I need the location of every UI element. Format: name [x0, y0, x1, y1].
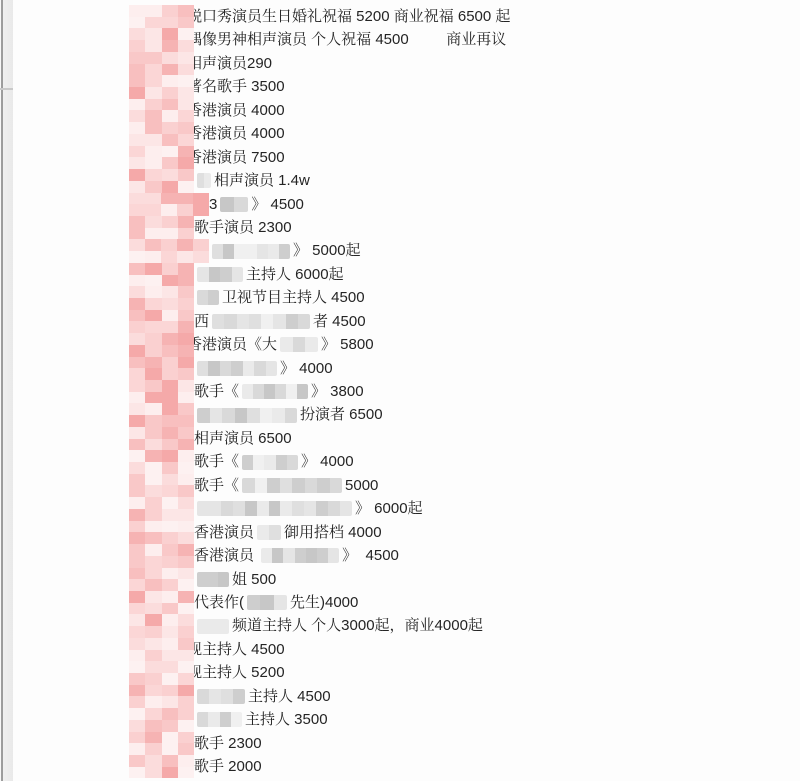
mosaic-cell [178, 415, 194, 427]
mosaic-cell [162, 298, 178, 310]
mosaic-cell [145, 403, 161, 415]
list-row: 歌手《5000 [129, 474, 800, 497]
mosaic-cell [178, 157, 194, 169]
row-text: 歌手 2300 [194, 732, 262, 755]
redacted-inline-mosaic [242, 384, 308, 399]
mosaic-cell [129, 193, 145, 205]
mosaic-cell [145, 87, 161, 99]
mosaic-cell [129, 368, 145, 380]
row-text: 姐 500 [232, 568, 276, 591]
mosaic-cell [129, 673, 145, 685]
mosaic-cell [269, 525, 281, 540]
row-text: 者 4500 [313, 310, 366, 333]
mosaic-cell [162, 439, 178, 451]
mosaic-cell [328, 548, 339, 563]
mosaic-cell [292, 501, 304, 516]
mosaic-cell [280, 337, 293, 352]
mosaic-cell [129, 696, 145, 708]
mosaic-cell [178, 403, 194, 415]
mosaic-cell [178, 497, 194, 509]
mosaic-cell [178, 181, 194, 193]
mosaic-cell [129, 181, 145, 193]
redacted-inline-mosaic [242, 478, 342, 493]
mosaic-cell [145, 427, 161, 439]
mosaic-cell [162, 310, 178, 322]
mosaic-cell [145, 626, 161, 638]
mosaic-cell [129, 685, 145, 697]
mosaic-cell [257, 501, 269, 516]
mosaic-cell [145, 17, 161, 29]
mosaic-cell [295, 548, 306, 563]
mosaic-cell [212, 314, 224, 329]
mosaic-cell [162, 17, 178, 29]
mosaic-cell [145, 743, 161, 755]
mosaic-cell [162, 720, 178, 732]
mosaic-cell [178, 169, 194, 181]
mosaic-cell [129, 403, 145, 415]
row-text: 5000 [345, 474, 378, 497]
mosaic-cell [208, 619, 219, 634]
mosaic-cell [162, 392, 178, 404]
mosaic-cell [162, 579, 178, 591]
redacted-name-mosaic [129, 614, 194, 637]
redacted-name-mosaic [129, 193, 209, 216]
mosaic-cell [129, 427, 145, 439]
mosaic-cell [237, 314, 249, 329]
mosaic-cell [145, 204, 161, 216]
mosaic-cell [145, 5, 161, 17]
list-row: 视主持人 5200 [129, 661, 800, 684]
mosaic-cell [209, 267, 221, 282]
redacted-inline-mosaic [197, 361, 277, 376]
mosaic-cell [162, 403, 178, 415]
redacted-name-mosaic [129, 28, 194, 51]
mosaic-cell [162, 28, 178, 40]
mosaic-cell [178, 532, 194, 544]
mosaic-cell [317, 478, 330, 493]
mosaic-cell [145, 614, 161, 626]
list-row: 》 4000 [129, 357, 800, 380]
mosaic-cell [145, 286, 161, 298]
mosaic-cell [145, 650, 161, 662]
mosaic-cell [161, 251, 177, 263]
mosaic-cell [129, 579, 145, 591]
mosaic-cell [178, 732, 194, 744]
mosaic-cell [129, 521, 145, 533]
mosaic-cell [224, 314, 236, 329]
mosaic-cell [162, 462, 178, 474]
mosaic-cell [162, 485, 178, 497]
mosaic-cell [162, 509, 178, 521]
mosaic-cell [129, 64, 145, 76]
row-text: 香港演员 4000 [187, 122, 285, 145]
mosaic-cell [178, 650, 194, 662]
mosaic-cell [280, 478, 293, 493]
mosaic-cell [276, 455, 287, 470]
mosaic-cell [178, 708, 194, 720]
mosaic-cell [162, 286, 178, 298]
mosaic-cell [129, 732, 145, 744]
row-text: 》 4000 [301, 450, 354, 473]
mosaic-cell [253, 455, 264, 470]
mosaic-cell [162, 568, 178, 580]
mosaic-cell [178, 286, 194, 298]
list-row: 著名歌手 3500 [129, 75, 800, 98]
mosaic-cell [145, 474, 161, 486]
redacted-name-mosaic [129, 544, 194, 567]
mosaic-cell [245, 244, 256, 259]
mosaic-cell [162, 743, 178, 755]
row-text: 歌手演员 2300 [194, 216, 292, 239]
mosaic-cell [162, 614, 178, 626]
row-text: 脱口秀演员生日婚礼祝福 5200 商业祝福 6500 起 [187, 5, 510, 28]
mosaic-cell [129, 28, 145, 40]
list-row: 歌手演员 2300 [129, 216, 800, 239]
mosaic-cell [145, 110, 161, 122]
mosaic-cell [162, 275, 178, 287]
mosaic-cell [162, 450, 178, 462]
row-text: 主持人 6000起 [246, 263, 344, 286]
redacted-name-mosaic [129, 239, 209, 262]
mosaic-cell [145, 310, 161, 322]
mosaic-cell [220, 197, 234, 212]
mosaic-cell [129, 603, 145, 615]
mosaic-cell [178, 75, 194, 87]
redacted-inline-mosaic [197, 290, 219, 305]
mosaic-cell [129, 415, 145, 427]
list-row: 歌手 2000 [129, 755, 800, 778]
mosaic-cell [145, 99, 161, 111]
mosaic-cell [162, 427, 178, 439]
mosaic-cell [178, 755, 194, 767]
mosaic-cell [286, 314, 298, 329]
redacted-inline-mosaic [197, 408, 297, 423]
redacted-name-mosaic [129, 474, 194, 497]
mosaic-cell [178, 380, 194, 392]
list-row: 歌手《》 4000 [129, 450, 800, 473]
mosaic-cell [285, 408, 298, 423]
mosaic-cell [242, 478, 255, 493]
row-text: 香港演员 [194, 544, 258, 567]
redacted-name-mosaic [129, 708, 194, 731]
mosaic-cell [306, 548, 317, 563]
mosaic-cell [145, 661, 161, 673]
mosaic-cell [162, 5, 178, 17]
mosaic-cell [129, 239, 145, 251]
list-row: 相声演员 6500 [129, 427, 800, 450]
mosaic-cell [197, 572, 208, 587]
mosaic-cell [162, 64, 178, 76]
mosaic-cell [129, 638, 145, 650]
redacted-name-mosaic [129, 661, 194, 684]
mosaic-cell [178, 333, 194, 345]
row-text: 著名歌手 3500 [187, 75, 285, 98]
mosaic-cell [162, 216, 178, 228]
list-row: 主持人 6000起 [129, 263, 800, 286]
list-row: 香港演员御用搭档 4000 [129, 521, 800, 544]
mosaic-cell [178, 521, 194, 533]
mosaic-cell [257, 525, 269, 540]
mosaic-cell [129, 134, 145, 146]
mosaic-cell [162, 368, 178, 380]
mosaic-cell [145, 134, 161, 146]
mosaic-cell [305, 478, 318, 493]
mosaic-cell [145, 439, 161, 451]
row-text: 卫视节目主持人 4500 [222, 286, 365, 309]
mosaic-cell [178, 696, 194, 708]
row-text: 》 3800 [311, 380, 364, 403]
mosaic-cell [249, 314, 261, 329]
list-row: 香港演员《大》 5800 [129, 333, 800, 356]
mosaic-cell [193, 193, 209, 205]
mosaic-cell [178, 310, 194, 322]
mosaic-cell [129, 380, 145, 392]
mosaic-cell [178, 321, 194, 333]
mosaic-cell [220, 361, 231, 376]
mosaic-cell [129, 532, 145, 544]
mosaic-cell [129, 157, 145, 169]
mosaic-cell [129, 321, 145, 333]
mosaic-cell [260, 595, 273, 610]
mosaic-cell [178, 767, 194, 779]
mosaic-cell [235, 408, 248, 423]
mosaic-cell [177, 204, 193, 216]
list-row: 西者 4500 [129, 310, 800, 333]
mosaic-cell [145, 485, 161, 497]
mosaic-cell [145, 275, 161, 287]
mosaic-cell [209, 689, 221, 704]
mosaic-cell [232, 267, 244, 282]
mosaic-cell [129, 122, 145, 134]
row-text: 相声演员290 [187, 52, 272, 75]
mosaic-cell [178, 614, 194, 626]
mosaic-cell [255, 478, 268, 493]
mosaic-cell [129, 298, 145, 310]
mosaic-cell [129, 99, 145, 111]
mosaic-cell [129, 450, 145, 462]
mosaic-cell [162, 169, 178, 181]
mosaic-cell [145, 193, 161, 205]
redacted-name-mosaic [129, 75, 194, 98]
mosaic-cell [145, 603, 161, 615]
window-left-edge [0, 0, 13, 781]
redacted-name-mosaic [129, 52, 194, 75]
mosaic-cell [129, 204, 145, 216]
mosaic-cell [145, 333, 161, 345]
redacted-inline-mosaic [197, 572, 229, 587]
mosaic-cell [161, 193, 177, 205]
mosaic-cell [129, 439, 145, 451]
mosaic-cell [178, 556, 194, 568]
mosaic-cell [129, 345, 145, 357]
mosaic-cell [178, 579, 194, 591]
mosaic-cell [145, 28, 161, 40]
mosaic-cell [145, 146, 161, 158]
row-text: 》 4500 [342, 544, 399, 567]
mosaic-cell [208, 572, 219, 587]
window-edge-seam [0, 88, 13, 90]
mosaic-cell [145, 544, 161, 556]
redacted-name-mosaic [129, 216, 194, 239]
mosaic-cell [178, 720, 194, 732]
mosaic-cell [178, 485, 194, 497]
redacted-name-mosaic [129, 755, 194, 778]
mosaic-cell [292, 478, 305, 493]
mosaic-cell [145, 263, 161, 275]
mosaic-cell [293, 337, 306, 352]
mosaic-cell [129, 556, 145, 568]
mosaic-cell [162, 755, 178, 767]
redacted-name-mosaic [129, 638, 194, 661]
row-text: 西 [194, 310, 209, 333]
mosaic-cell [145, 216, 161, 228]
mosaic-cell [267, 478, 280, 493]
mosaic-cell [231, 712, 242, 727]
mosaic-cell [145, 181, 161, 193]
mosaic-cell [162, 40, 178, 52]
mosaic-cell [221, 501, 233, 516]
mosaic-cell [129, 614, 145, 626]
list-row: 相声演员290 [129, 52, 800, 75]
list-row: 》 5000起 [129, 239, 800, 262]
mosaic-cell [178, 509, 194, 521]
mosaic-cell [178, 345, 194, 357]
mosaic-cell [129, 17, 145, 29]
mosaic-cell [129, 263, 145, 275]
mosaic-cell [129, 310, 145, 322]
mosaic-cell [178, 216, 194, 228]
row-text: 偶像男神相声演员 个人祝福 4500 商业再议 [187, 28, 506, 51]
redacted-name-mosaic [129, 357, 194, 380]
mosaic-cell [222, 408, 235, 423]
mosaic-cell [162, 87, 178, 99]
mosaic-cell [129, 626, 145, 638]
redacted-name-mosaic [129, 146, 194, 169]
mosaic-cell [233, 501, 245, 516]
mosaic-cell [162, 263, 178, 275]
mosaic-cell [178, 673, 194, 685]
mosaic-cell [223, 244, 234, 259]
mosaic-cell [129, 275, 145, 287]
mosaic-cell [129, 392, 145, 404]
mosaic-cell [197, 361, 208, 376]
mosaic-cell [253, 384, 264, 399]
redacted-name-mosaic [129, 427, 194, 450]
mosaic-cell [283, 548, 294, 563]
row-text: 频道主持人 个人3000起，商业4000起 [232, 614, 483, 637]
mosaic-cell [280, 501, 292, 516]
mosaic-cell [129, 755, 145, 767]
redacted-name-mosaic [129, 286, 194, 309]
mosaic-cell [129, 87, 145, 99]
mosaic-cell [178, 427, 194, 439]
row-text: 歌手《 [194, 380, 239, 403]
row-text: 》 4000 [280, 357, 333, 380]
row-text: 先生)4000 [290, 591, 358, 614]
mosaic-cell [197, 689, 209, 704]
row-text: 主持人 4500 [248, 685, 331, 708]
mosaic-cell [178, 122, 194, 134]
mosaic-cell [162, 650, 178, 662]
redacted-name-mosaic [129, 310, 194, 333]
list-row: 》 6000起 [129, 497, 800, 520]
row-text: 视主持人 4500 [187, 638, 285, 661]
mosaic-cell [145, 75, 161, 87]
redacted-inline-mosaic [197, 619, 229, 634]
row-text: 歌手《 [194, 474, 239, 497]
redacted-name-mosaic [129, 521, 194, 544]
mosaic-cell [129, 568, 145, 580]
redacted-name-mosaic [129, 5, 194, 28]
mosaic-cell [145, 122, 161, 134]
row-text: 歌手 2000 [194, 755, 262, 778]
mosaic-cell [178, 474, 194, 486]
mosaic-cell [178, 17, 194, 29]
list-row: 卫视节目主持人 4500 [129, 286, 800, 309]
mosaic-cell [145, 392, 161, 404]
mosaic-cell [162, 99, 178, 111]
redacted-inline-mosaic [197, 267, 243, 282]
mosaic-cell [178, 450, 194, 462]
mosaic-cell [129, 485, 145, 497]
mosaic-cell [243, 361, 254, 376]
mosaic-cell [162, 767, 178, 779]
mosaic-cell [129, 650, 145, 662]
mosaic-cell [145, 720, 161, 732]
mosaic-cell [145, 591, 161, 603]
mosaic-cell [209, 501, 221, 516]
mosaic-cell [197, 501, 209, 516]
mosaic-cell [145, 755, 161, 767]
redacted-inline-mosaic [242, 455, 298, 470]
mosaic-cell [316, 501, 328, 516]
mosaic-cell [145, 509, 161, 521]
mosaic-cell [242, 455, 253, 470]
mosaic-cell [317, 548, 328, 563]
mosaic-cell [178, 110, 194, 122]
row-text: 3 [209, 193, 217, 216]
list-row: 偶像男神相声演员 个人祝福 4500 商业再议 [129, 28, 800, 51]
mosaic-cell [162, 532, 178, 544]
mosaic-cell [178, 638, 194, 650]
mosaic-cell [145, 251, 161, 263]
mosaic-cell [145, 708, 161, 720]
mosaic-cell [129, 743, 145, 755]
mosaic-cell [129, 708, 145, 720]
mosaic-cell [145, 696, 161, 708]
mosaic-cell [261, 314, 273, 329]
mosaic-cell [129, 767, 145, 779]
mosaic-cell [162, 556, 178, 568]
mosaic-cell [145, 64, 161, 76]
mosaic-cell [129, 462, 145, 474]
redacted-inline-mosaic [212, 244, 290, 259]
mosaic-cell [162, 521, 178, 533]
mosaic-cell [272, 408, 285, 423]
mosaic-cell [129, 509, 145, 521]
mosaic-cell [145, 228, 161, 240]
mosaic-cell [193, 239, 209, 251]
mosaic-cell [145, 345, 161, 357]
mosaic-cell [145, 732, 161, 744]
mosaic-cell [162, 122, 178, 134]
row-text: 代表作( [194, 591, 244, 614]
mosaic-cell [193, 251, 209, 263]
mosaic-cell [129, 216, 145, 228]
mosaic-cell [208, 361, 219, 376]
mosaic-cell [178, 462, 194, 474]
mosaic-cell [218, 572, 229, 587]
